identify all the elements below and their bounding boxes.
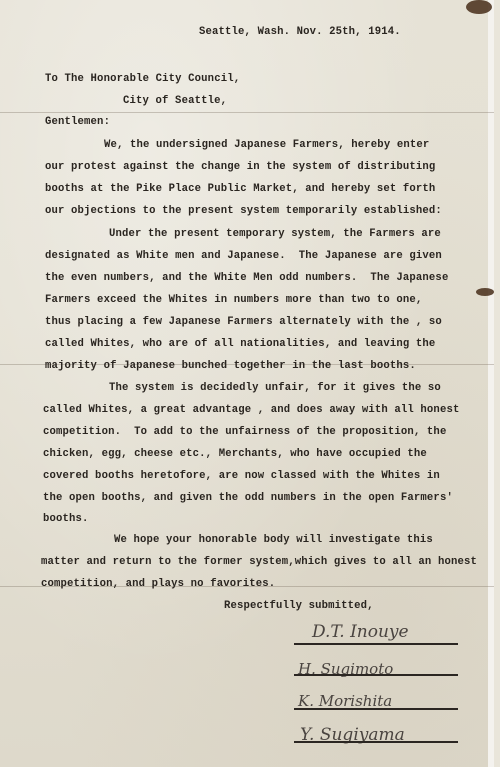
paragraph-2-line: majority of Japanese bunched together in… <box>45 360 416 372</box>
paragraph-1-line: booths at the Pike Place Public Market, … <box>45 183 435 195</box>
addressee-line-2: City of Seattle, <box>123 95 227 107</box>
paragraph-3-line: booths. <box>43 513 89 525</box>
paragraph-3-line: The system is decidedly unfair, for it g… <box>109 382 441 394</box>
paragraph-2-line: designated as White men and Japanese. Th… <box>45 250 442 262</box>
dateline: Seattle, Wash. Nov. 25th, 1914. <box>199 26 401 38</box>
signature: D.T. Inouye <box>312 622 409 642</box>
fold-crease <box>0 112 494 113</box>
paragraph-3-line: chicken, egg, cheese etc., Merchants, wh… <box>43 448 427 460</box>
salutation: Gentlemen: <box>45 116 110 128</box>
paragraph-2-line: thus placing a few Japanese Farmers alte… <box>45 316 442 328</box>
ink-stain <box>476 288 494 296</box>
paragraph-2-line: Under the present temporary system, the … <box>109 228 441 240</box>
ink-stain <box>466 0 492 14</box>
signature-line <box>294 741 458 743</box>
closing: Respectfully submitted, <box>224 600 374 612</box>
signature-line <box>294 708 458 710</box>
paragraph-4-line: We hope your honorable body will investi… <box>114 534 433 546</box>
paragraph-4-line: matter and return to the former system,w… <box>41 556 477 568</box>
paper-edge <box>488 0 494 767</box>
paragraph-1-line: our protest against the change in the sy… <box>45 161 435 173</box>
letter-page: Seattle, Wash. Nov. 25th, 1914. To The H… <box>0 0 494 767</box>
paragraph-2-line: called Whites, who are of all nationalit… <box>45 338 435 350</box>
paragraph-3-line: the open booths, and given the odd numbe… <box>43 492 453 504</box>
paragraph-4-line: competition, and plays no favorites. <box>41 578 275 590</box>
paragraph-3-line: covered booths heretofore, are now class… <box>43 470 440 482</box>
paragraph-3-line: called Whites, a great advantage , and d… <box>43 404 459 416</box>
paragraph-1-line: our objections to the present system tem… <box>45 205 442 217</box>
signature-line <box>294 674 458 676</box>
addressee-line-1: To The Honorable City Council, <box>45 73 240 85</box>
paragraph-1-line: We, the undersigned Japanese Farmers, he… <box>104 139 429 151</box>
signature-line <box>294 643 458 645</box>
paragraph-2-line: the even numbers, and the White Men odd … <box>45 272 448 284</box>
paragraph-2-line: Farmers exceed the Whites in numbers mor… <box>45 294 422 306</box>
paragraph-3-line: competition. To add to the unfairness of… <box>43 426 446 438</box>
